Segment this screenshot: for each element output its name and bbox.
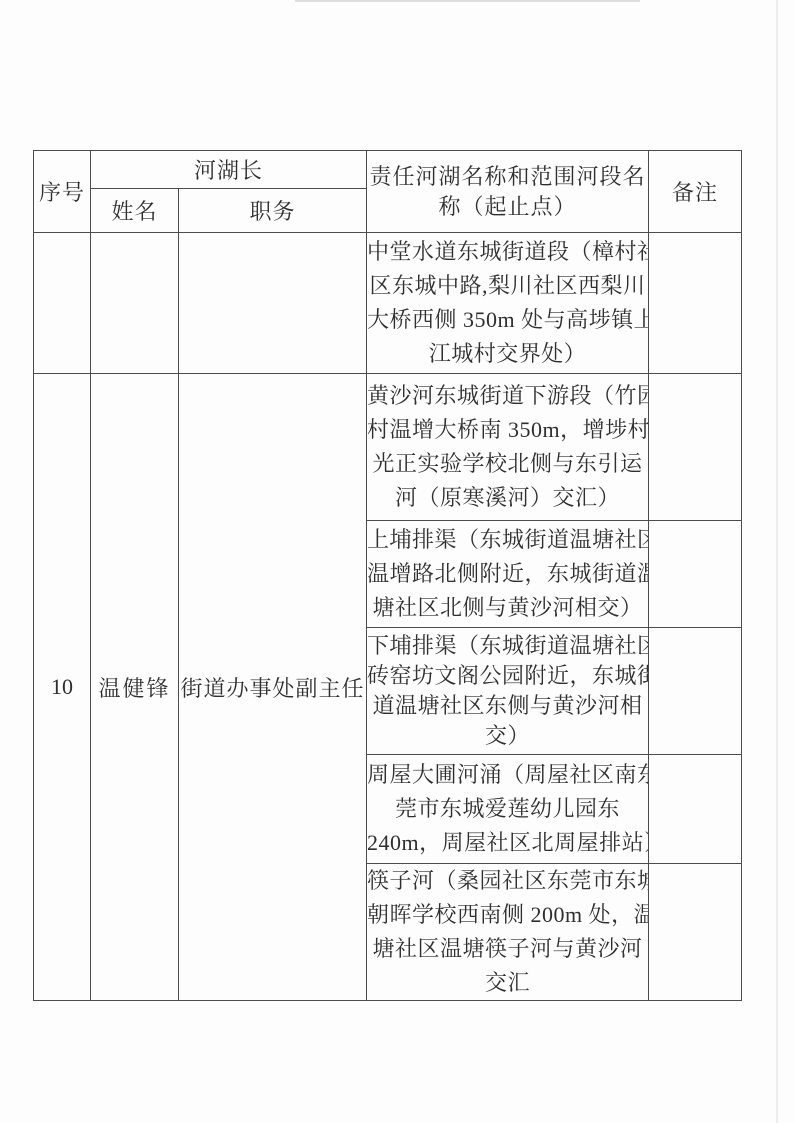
- remark-cell: [649, 521, 742, 628]
- river-desc-cell: 周屋大圃河涌（周屋社区南东莞市东城爱莲幼儿园东240m，周屋社区北周屋排站）: [367, 755, 649, 864]
- header-title-cell: 职务: [179, 189, 367, 233]
- river-desc-cell: 黄沙河东城街道下游段（竹园村温增大桥南 350m，增埗村光正实验学校北侧与东引运…: [367, 374, 649, 521]
- river-desc-cell: 中堂水道东城街道段（樟村社区东城中路,梨川社区西梨川大桥西侧 350m 处与高埗…: [367, 233, 649, 374]
- header-river-cell: 责任河湖名称和范围河段名称（起止点）: [367, 151, 649, 233]
- serial-cell: 10: [34, 374, 91, 1001]
- river-desc-cell: 上埔排渠（东城街道温塘社区温增路北侧附近，东城街道温塘社区北侧与黄沙河相交）: [367, 521, 649, 628]
- river-desc-cell: 下埔排渠（东城街道温塘社区砖窑坊文阁公园附近，东城街道温塘社区东侧与黄沙河相交）: [367, 628, 649, 755]
- river-desc-cell: 筷子河（桑园社区东莞市东城朝晖学校西南侧 200m 处，温塘社区温塘筷子河与黄沙…: [367, 864, 649, 1001]
- river-chief-table: 序号 河湖长 责任河湖名称和范围河段名称（起止点） 备注 姓名 职务 中堂水道东…: [33, 150, 742, 1001]
- header-name-cell: 姓名: [91, 189, 179, 233]
- title-cell-empty: [179, 233, 367, 374]
- scan-edge-streak: [776, 0, 778, 1123]
- remark-cell: [649, 864, 742, 1001]
- header-serial-cell: 序号: [34, 151, 91, 233]
- scan-artifact-line: [295, 0, 640, 2]
- remark-cell: [649, 628, 742, 755]
- remark-cell: [649, 755, 742, 864]
- name-cell-empty: [91, 233, 179, 374]
- name-cell: 温健锋: [91, 374, 179, 1001]
- remark-cell: [649, 374, 742, 521]
- document-page: 序号 河湖长 责任河湖名称和范围河段名称（起止点） 备注 姓名 职务 中堂水道东…: [0, 0, 794, 1123]
- header-chief-group-cell: 河湖长: [91, 151, 367, 189]
- header-remarks-cell: 备注: [649, 151, 742, 233]
- title-cell: 街道办事处副主任: [179, 374, 367, 1001]
- serial-cell-empty: [34, 233, 91, 374]
- remark-cell: [649, 233, 742, 374]
